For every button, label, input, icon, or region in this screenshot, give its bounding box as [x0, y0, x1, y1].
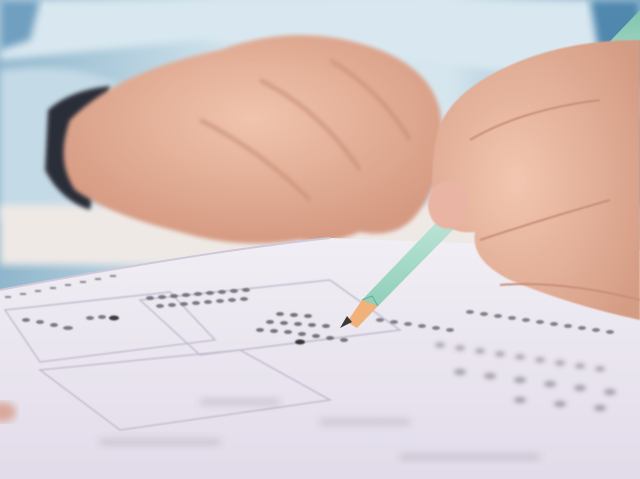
thumbnail: [428, 181, 468, 229]
photo-illustration: [0, 0, 640, 479]
photo-scene: Close-up photo of hands filling in an OM…: [0, 0, 640, 479]
